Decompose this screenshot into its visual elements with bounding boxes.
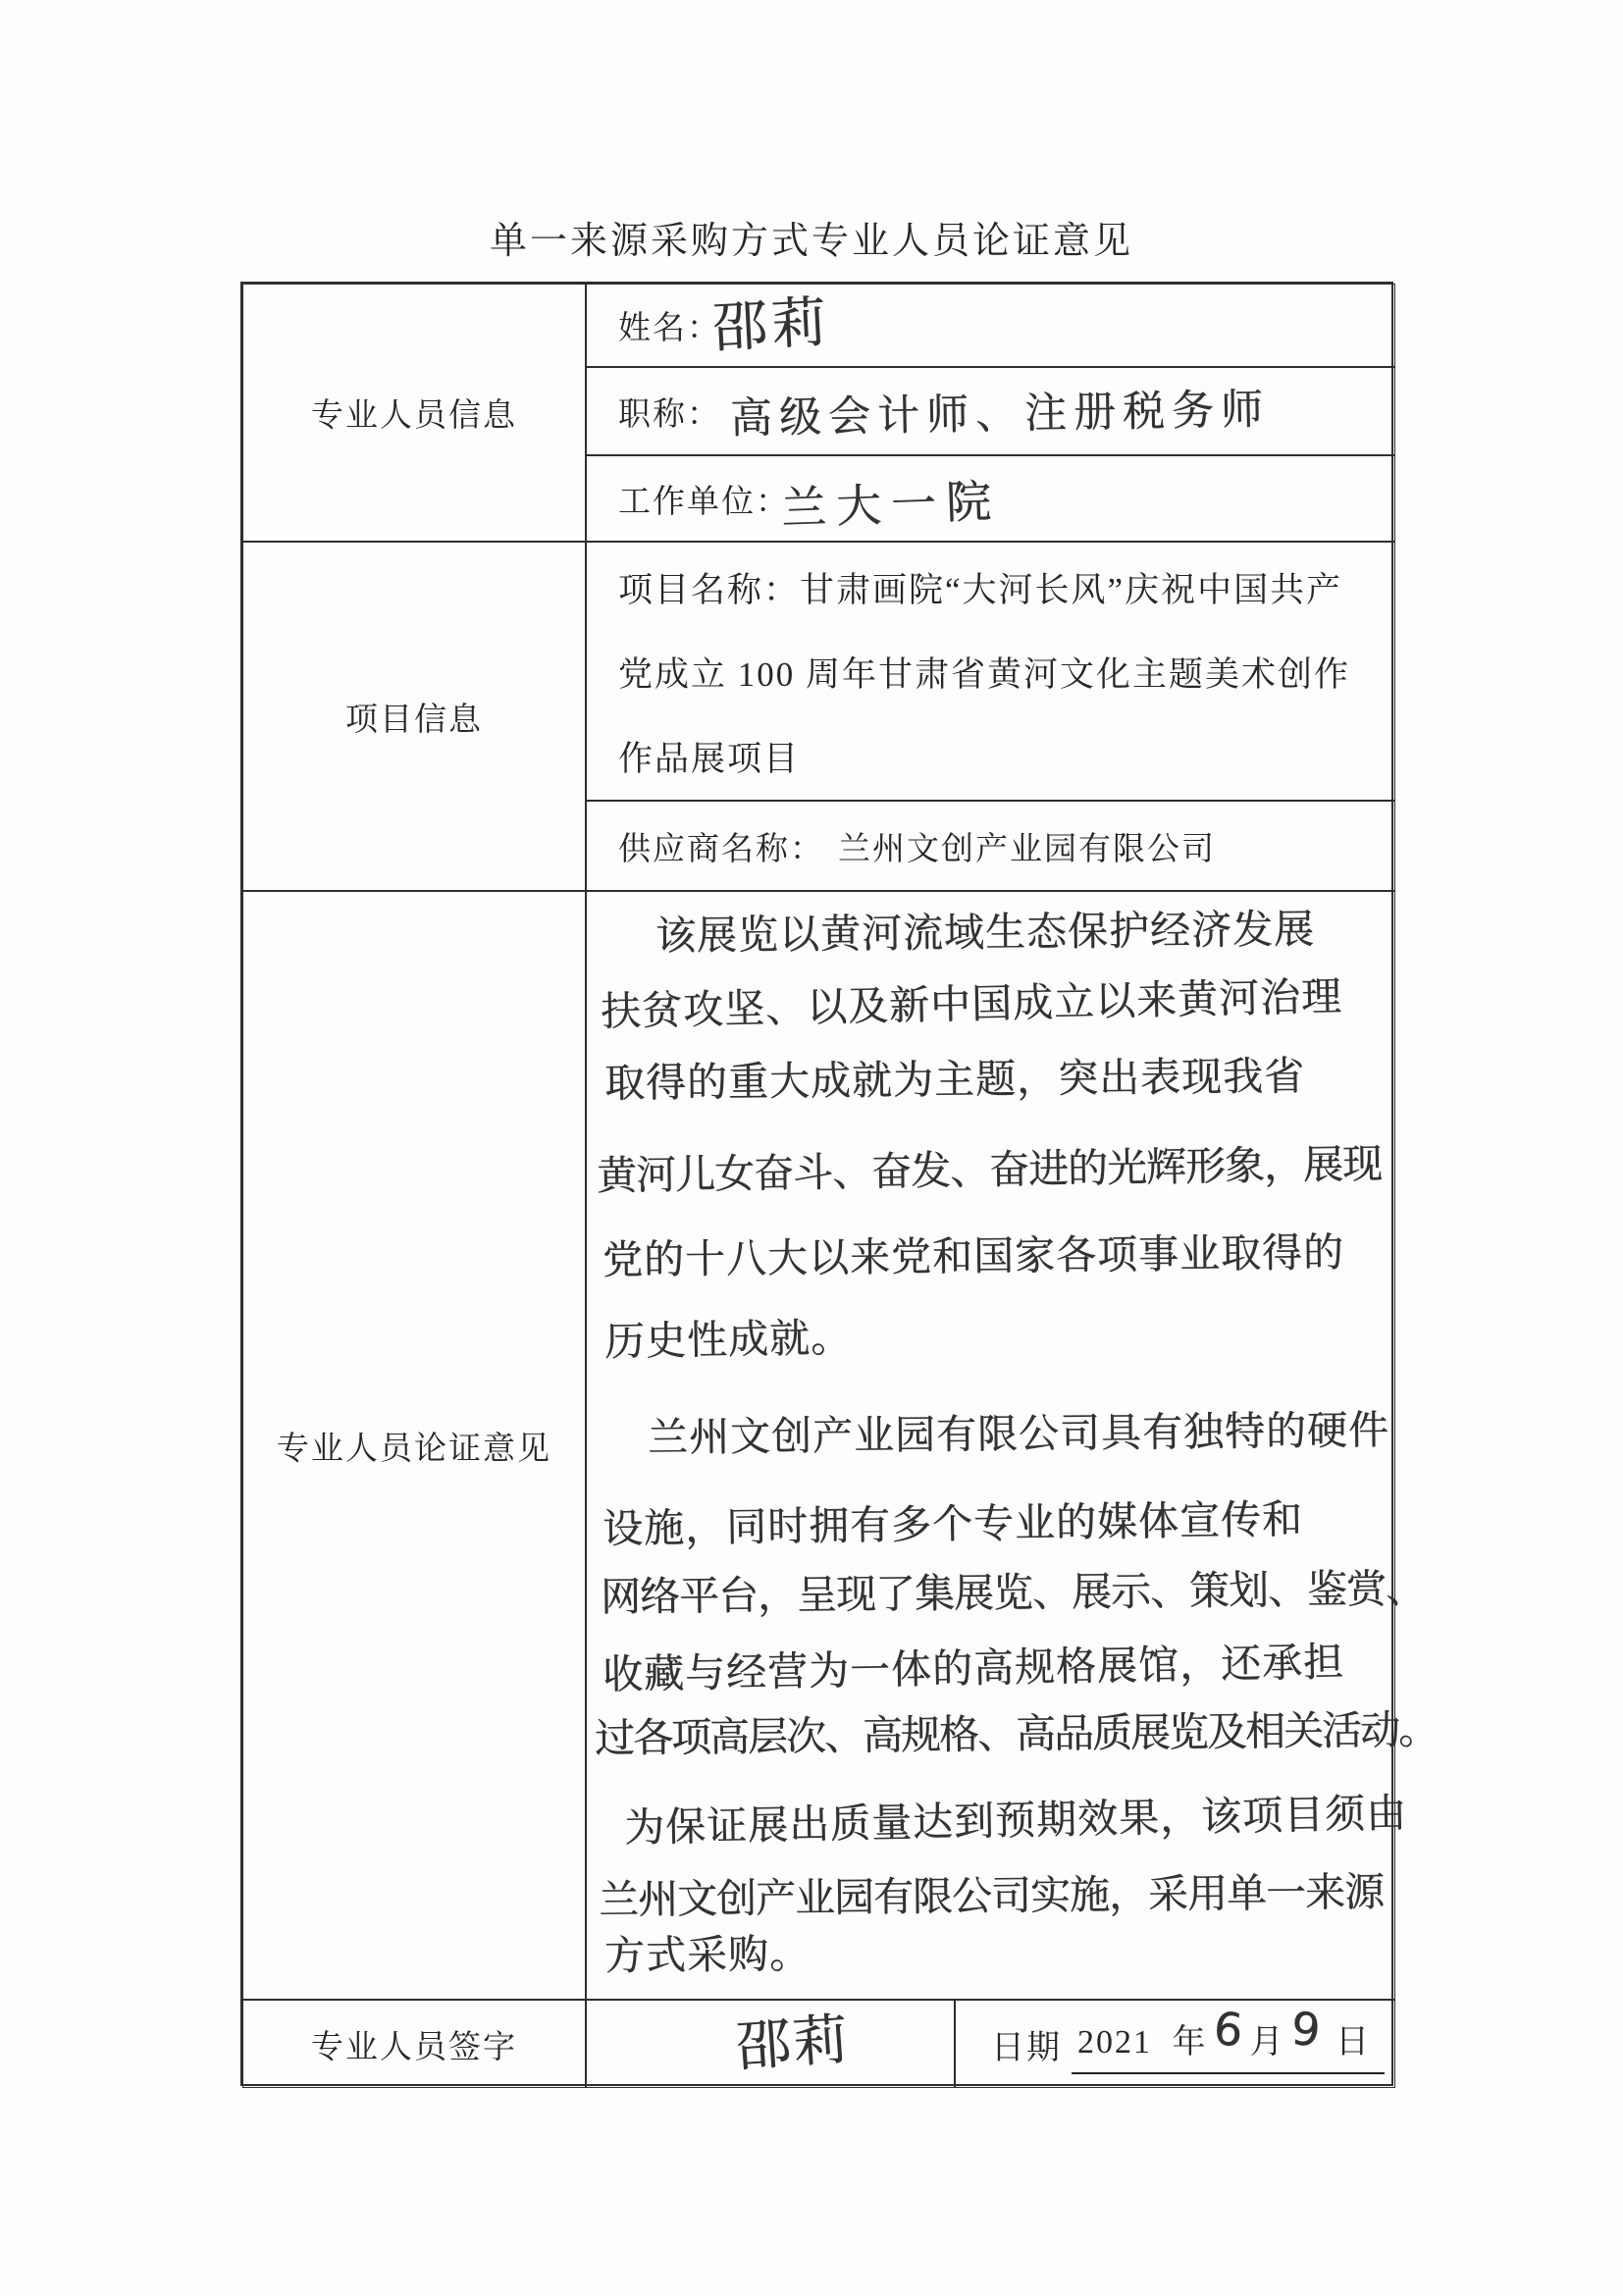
section-label-signature: 专业人员签字 <box>242 2000 586 2088</box>
date-year: 2021 <box>1077 2024 1152 2061</box>
name-label: 姓名： <box>618 302 721 348</box>
date-month-handwritten: 6 <box>1214 2027 1244 2030</box>
opinion-line: 党的十八大以来党和国家各项事业取得的 <box>602 1232 1344 1280</box>
form-table: 专业人员信息 项目信息 专业人员论证意见 专业人员签字 姓名： 邵莉 职称： 高… <box>240 282 1393 2086</box>
project-name-line-3: 作品展项目 <box>618 717 1394 802</box>
date-underlined-group: 2021 年6月9日 <box>1072 2014 1385 2074</box>
opinion-line: 网络平台，呈现了集展览、展示、策划、鉴赏、 <box>601 1569 1425 1618</box>
date-day-suffix: 日 <box>1335 2024 1371 2061</box>
page-title: 单一来源采购方式专业人员论证意见 <box>0 210 1623 264</box>
project-name-line-2: 党成立 100 周年甘肃省黄河文化主题美术创作 <box>618 633 1394 717</box>
name-row: 姓名： 邵莉 <box>586 284 1395 367</box>
date-year-suffix: 年 <box>1173 2024 1208 2061</box>
supplier-value: 兰州文创产业园有限公司 <box>838 823 1216 869</box>
opinion-cell: 该展览以黄河流域生态保护经济发展 扶贫攻坚、以及新中国成立以来黄河治理 取得的重… <box>586 891 1395 2000</box>
section-label-opinion: 专业人员论证意见 <box>242 891 586 2000</box>
work-unit-label: 工作单位： <box>618 476 790 522</box>
section-label-project-info: 项目信息 <box>242 542 586 891</box>
scanned-document-page: 单一来源采购方式专业人员论证意见 专业人员信息 项目信息 专业人员论证意见 专业… <box>0 0 1623 2296</box>
name-handwritten-value: 邵莉 <box>711 295 832 356</box>
opinion-line: 取得的重大成就为主题，突出表现我省 <box>604 1056 1305 1103</box>
project-name-line-1: 项目名称：甘肃画院“大河长风”庆祝中国共产 <box>618 548 1394 633</box>
date-month-suffix: 月 <box>1250 2024 1285 2061</box>
title-label: 职称： <box>618 389 721 435</box>
date-day-handwritten: 9 <box>1291 2027 1322 2030</box>
signature-cell: 邵莉 <box>586 2000 955 2088</box>
signature-handwritten: 邵莉 <box>734 2012 852 2075</box>
title-handwritten-value: 高级会计师、注册税务师 <box>730 389 1271 441</box>
opinion-line: 方式采购。 <box>604 1934 811 1976</box>
project-name-cell: 项目名称：甘肃画院“大河长风”庆祝中国共产 党成立 100 周年甘肃省黄河文化主… <box>586 542 1395 801</box>
project-name-text-1: 甘肃画院“大河长风”庆祝中国共产 <box>800 571 1342 609</box>
opinion-line: 扶贫攻坚、以及新中国成立以来黄河治理 <box>601 976 1343 1032</box>
project-name-label: 项目名称： <box>618 571 800 609</box>
opinion-line: 设施，同时拥有多个专业的媒体宣传和 <box>602 1499 1304 1549</box>
supplier-label: 供应商名称： <box>618 823 824 869</box>
date-cell: 日期 2021 年6月9日 <box>955 2000 1395 2088</box>
opinion-line: 过各项高层次、高规格、高品质展览及相关活动。 <box>595 1710 1437 1759</box>
title-row: 职称： 高级会计师、注册税务师 <box>586 367 1395 455</box>
work-unit-handwritten-value: 兰大一院 <box>780 478 1001 531</box>
work-unit-row: 工作单位： 兰大一院 <box>586 455 1395 542</box>
opinion-line: 兰州文创产业园有限公司实施，采用单一来源 <box>599 1872 1384 1920</box>
section-label-personnel-info: 专业人员信息 <box>242 284 586 542</box>
date-label: 日期 <box>991 2020 1062 2068</box>
opinion-line: 历史性成就。 <box>604 1318 853 1362</box>
supplier-row: 供应商名称： 兰州文创产业园有限公司 <box>586 801 1395 891</box>
opinion-line: 收藏与经营为一体的高规格展馆，还承担 <box>602 1642 1345 1695</box>
opinion-line: 该展览以黄河流域生态保护经济发展 <box>655 909 1315 956</box>
opinion-line: 为保证展出质量达到预期效果，该项目须由 <box>624 1793 1408 1848</box>
opinion-line: 黄河儿女奋斗、奋发、奋进的光辉形象，展现 <box>597 1144 1383 1197</box>
opinion-line: 兰州文创产业园有限公司具有独特的硬件 <box>648 1410 1389 1458</box>
